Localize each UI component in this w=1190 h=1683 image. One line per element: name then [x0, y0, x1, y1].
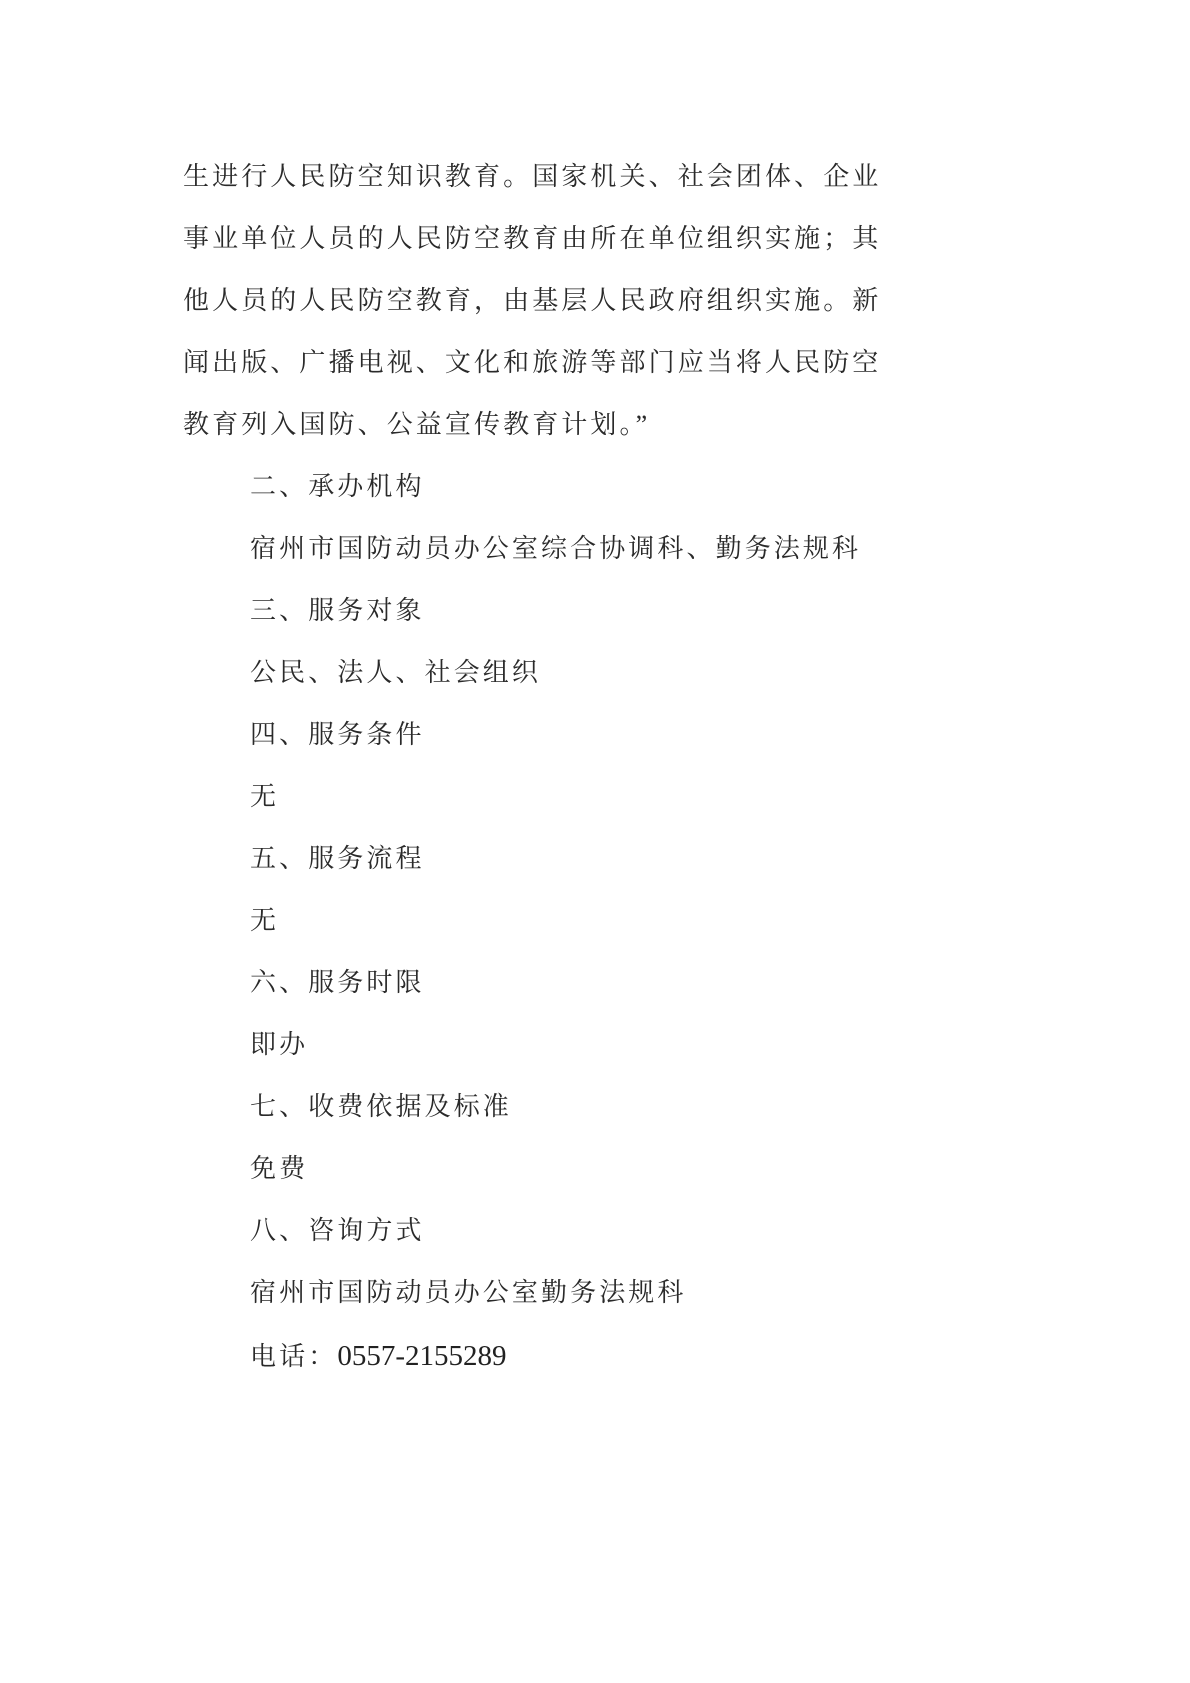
section-content-time-limit: 即办 [250, 1025, 308, 1065]
section-heading-fees: 七、收费依据及标准 [250, 1087, 512, 1127]
paragraph-line-1: 生进行人民防空知识教育。国家机关、社会团体、企业 [183, 157, 881, 197]
section-heading-service-target: 三、服务对象 [250, 591, 425, 631]
paragraph-line-2: 事业单位人员的人民防空教育由所在单位组织实施；其 [183, 219, 881, 259]
paragraph-line-5: 教育列入国防、公益宣传教育计划。” [183, 405, 650, 445]
section-content-process: 无 [250, 901, 279, 941]
section-heading-conditions: 四、服务条件 [250, 715, 425, 755]
section-content-consultation: 宿州市国防动员办公室勤务法规科 [250, 1273, 687, 1313]
section-heading-organization: 二、承办机构 [250, 467, 425, 507]
section-content-organization: 宿州市国防动员办公室综合协调科、勤务法规科 [250, 529, 861, 569]
document-page: 生进行人民防空知识教育。国家机关、社会团体、企业 事业单位人员的人民防空教育由所… [0, 0, 1190, 1683]
section-content-service-target: 公民、法人、社会组织 [250, 653, 541, 693]
paragraph-line-4: 闻出版、广播电视、文化和旅游等部门应当将人民防空 [183, 343, 881, 383]
phone-number: 0557-2155289 [337, 1340, 506, 1372]
section-content-conditions: 无 [250, 777, 279, 817]
section-heading-consultation: 八、咨询方式 [250, 1211, 425, 1251]
section-heading-time-limit: 六、服务时限 [250, 963, 425, 1003]
section-content-fees: 免费 [250, 1149, 308, 1189]
phone-line: 电话：0557-2155289 [250, 1336, 506, 1376]
phone-label: 电话： [250, 1342, 337, 1371]
paragraph-line-3: 他人员的人民防空教育，由基层人民政府组织实施。新 [183, 281, 881, 321]
section-heading-process: 五、服务流程 [250, 839, 425, 879]
